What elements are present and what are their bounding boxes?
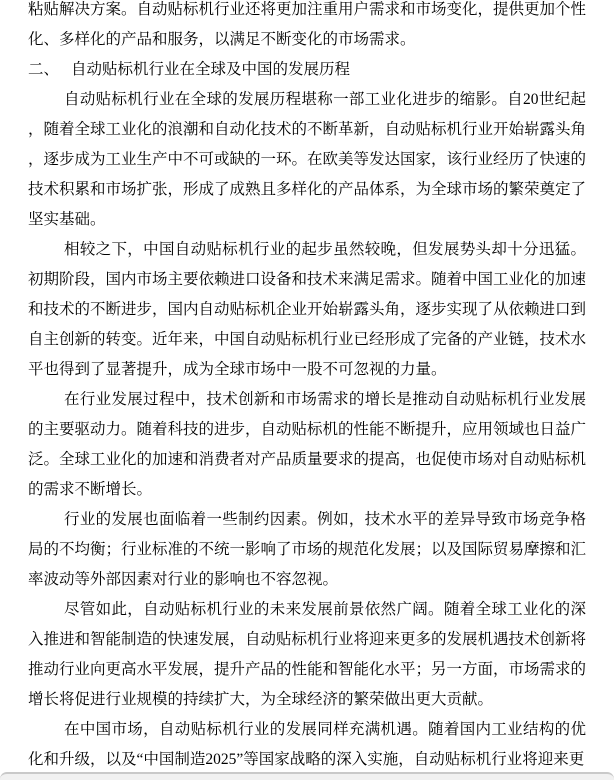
bottom-page-edge bbox=[0, 772, 614, 780]
paragraph: 相较之下，中国自动贴标机行业的起步虽然较晚，但发展势头却十分迅猛。初期阶段，国内… bbox=[28, 235, 586, 385]
paragraph: 尽管如此，自动贴标机行业的未来发展前景依然广阔。随着全球工业化的深入推进和智能制… bbox=[28, 595, 586, 715]
paragraph: 行业的发展也面临着一些制约因素。例如，技术水平的差异导致市场竞争格局的不均衡；行… bbox=[28, 505, 586, 595]
paragraph-continuation: 粘贴解决方案。自动贴标机行业还将更加注重用户需求和市场变化，提供更加个性化、多样… bbox=[28, 0, 586, 55]
section-heading: 二、自动贴标机行业在全球及中国的发展历程 bbox=[28, 55, 586, 85]
paragraph: 在中国市场，自动贴标机行业的发展同样充满机遇。随着国内工业结构的优化和升级，以及… bbox=[28, 715, 586, 775]
paragraph-list: 自动贴标机行业在全球的发展历程堪称一部工业化进步的缩影。自20世纪起，随着全球工… bbox=[28, 85, 586, 775]
paragraph: 自动贴标机行业在全球的发展历程堪称一部工业化进步的缩影。自20世纪起，随着全球工… bbox=[28, 85, 586, 235]
paragraph: 在行业发展过程中，技术创新和市场需求的增长是推动自动贴标机行业发展的主要驱动力。… bbox=[28, 385, 586, 505]
section-title: 自动贴标机行业在全球及中国的发展历程 bbox=[71, 61, 350, 78]
text-column: 粘贴解决方案。自动贴标机行业还将更加注重用户需求和市场变化，提供更加个性化、多样… bbox=[28, 0, 586, 775]
section-number: 二、 bbox=[28, 61, 59, 78]
document-page: 粘贴解决方案。自动贴标机行业还将更加注重用户需求和市场变化，提供更加个性化、多样… bbox=[0, 0, 614, 780]
